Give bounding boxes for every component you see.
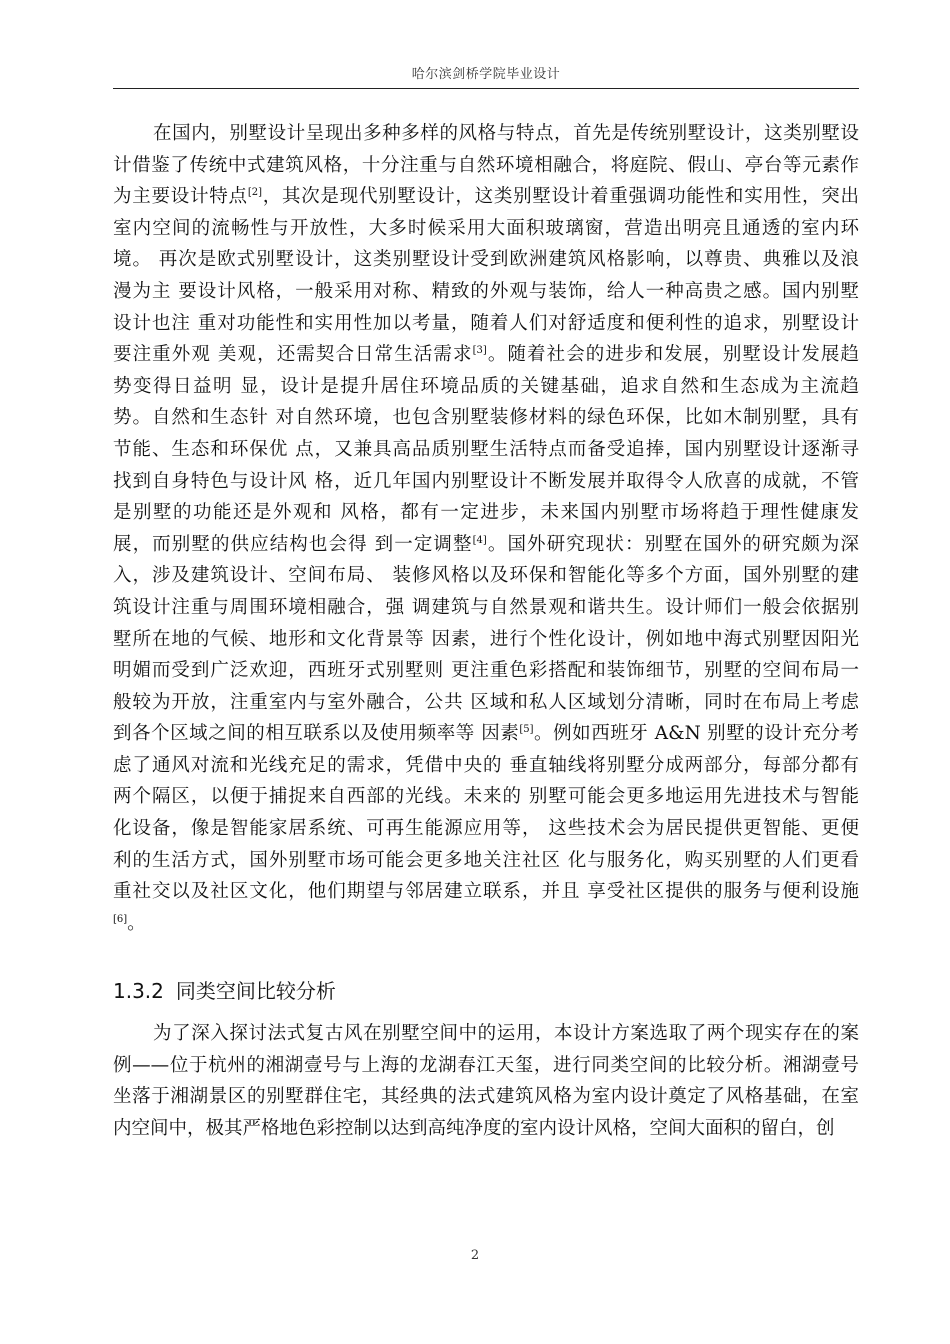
text-line: 明媚而受到广泛欢迎，西班牙式别墅则 更注重色彩搭配和装饰细节，别墅的空间布局一 xyxy=(113,655,859,687)
paragraph-domestic-foreign-research: 在国内，别墅设计呈现出多种多样的风格与特点，首先是传统别墅设计，这类别墅设计借鉴… xyxy=(113,118,859,939)
section-title: 同类空间比较分析 xyxy=(176,979,336,1003)
text-line: 境。 再次是欧式别墅设计，这类别墅设计受到欧洲建筑风格影响，以尊贵、典雅以及浪 xyxy=(113,244,859,276)
text-line: 计借鉴了传统中式建筑风格，十分注重与自然环境相融合，将庭院、假山、亭台等元素作 xyxy=(113,150,859,182)
citation-marker: [4] xyxy=(473,535,487,546)
text-line: 重社交以及社区文化，他们期望与邻居建立联系，并且 享受社区提供的服务与便利设施 xyxy=(113,876,859,908)
page-number: 2 xyxy=(0,1248,950,1263)
text-line: 虑了通风对流和光线充足的需求，凭借中央的 垂直轴线将别墅分成两部分，每部分都有 xyxy=(113,750,859,782)
text-line: 化设备，像是智能家居系统、可再生能源应用等， 这些技术会为居民提供更智能、更便 xyxy=(113,813,859,845)
text-line: 入，涉及建筑设计、空间布局、 装修风格以及环保和智能化等多个方面，国外别墅的建 xyxy=(113,560,859,592)
citation-marker: [2] xyxy=(248,187,262,198)
text-line: 要注重外观 美观，还需契合日常生活需求[3]。随着社会的进步和发展，别墅设计发展… xyxy=(113,339,859,371)
text-line: 势。自然和生态针 对自然环境，也包含别墅装修材料的绿色环保，比如木制别墅，具有 xyxy=(113,402,859,434)
text-line: 例——位于杭州的湘湖壹号与上海的龙湖春江天玺，进行同类空间的比较分析。湘湖壹号 xyxy=(113,1050,859,1082)
text-line: 室内空间的流畅性与开放性，大多时候采用大面积玻璃窗，营造出明亮且通透的室内环 xyxy=(113,213,859,245)
text-line: 势变得日益明 显，设计是提升居住环境品质的关键基础，追求自然和生态成为主流趋 xyxy=(113,371,859,403)
text-line: 坐落于湘湖景区的别墅群住宅，其经典的法式建筑风格为室内设计奠定了风格基础，在室 xyxy=(113,1081,859,1113)
section-number: 1.3.2 xyxy=(113,979,164,1003)
text-line: 到各个区域之间的相互联系以及使用频率等 因素[5]。例如西班牙 A&N 别墅的设… xyxy=(113,718,859,750)
text-line: 在国内，别墅设计呈现出多种多样的风格与特点，首先是传统别墅设计，这类别墅设 xyxy=(113,118,859,150)
text-line: [6]。 xyxy=(113,908,859,940)
text-line: 利的生活方式，国外别墅市场可能会更多地关注社区 化与服务化，购买别墅的人们更看 xyxy=(113,845,859,877)
text-line: 漫为主 要设计风格，一般采用对称、精致的外观与装饰，给人一种高贵之感。国内别墅 xyxy=(113,276,859,308)
text-line: 墅所在地的气候、地形和文化背景等 因素，进行个性化设计，例如地中海式别墅因阳光 xyxy=(113,624,859,656)
section-heading: 1.3.2同类空间比较分析 xyxy=(113,975,336,1004)
running-header: 哈尔滨剑桥学院毕业设计 xyxy=(113,63,859,82)
paragraph-case-comparison: 为了深入探讨法式复古风在别墅空间中的运用，本设计方案选取了两个现实存在的案例——… xyxy=(113,1018,859,1144)
text-line: 设计也注 重对功能性和实用性加以考量，随着人们对舒适度和便利性的追求，别墅设计 xyxy=(113,308,859,340)
text-line: 为了深入探讨法式复古风在别墅空间中的运用，本设计方案选取了两个现实存在的案 xyxy=(113,1018,859,1050)
text-line: 内空间中，极其严格地色彩控制以达到高纯净度的室内设计风格，空间大面积的留白，创 xyxy=(113,1113,859,1145)
text-line: 是别墅的功能还是外观和 风格，都有一定进步，未来国内别墅市场将趋于理性健康发 xyxy=(113,497,859,529)
text-line: 筑设计注重与周围环境相融合，强 调建筑与自然景观和谐共生。设计师们一般会依据别 xyxy=(113,592,859,624)
text-line: 展，而别墅的供应结构也会得 到一定调整[4]。国外研究现状：别墅在国外的研究颇为… xyxy=(113,529,859,561)
document-page: 哈尔滨剑桥学院毕业设计 在国内，别墅设计呈现出多种多样的风格与特点，首先是传统别… xyxy=(0,0,950,1344)
citation-marker: [5] xyxy=(519,724,533,735)
text-line: 般较为开放，注重室内与室外融合，公共 区域和私人区域划分清晰，同时在布局上考虑 xyxy=(113,687,859,719)
text-line: 节能、生态和环保优 点，又兼具高品质别墅生活特点而备受追捧，国内别墅设计逐渐寻 xyxy=(113,434,859,466)
text-line: 两个隔区，以便于捕捉来自西部的光线。未来的 别墅可能会更多地运用先进技术与智能 xyxy=(113,781,859,813)
citation-marker: [6] xyxy=(113,914,127,925)
text-line: 找到自身特色与设计风 格，近几年国内别墅设计不断发展并取得令人欣喜的成就，不管 xyxy=(113,466,859,498)
citation-marker: [3] xyxy=(473,345,487,356)
text-line: 为主要设计特点[2]，其次是现代别墅设计，这类别墅设计着重强调功能性和实用性，突… xyxy=(113,181,859,213)
header-divider xyxy=(113,88,859,89)
